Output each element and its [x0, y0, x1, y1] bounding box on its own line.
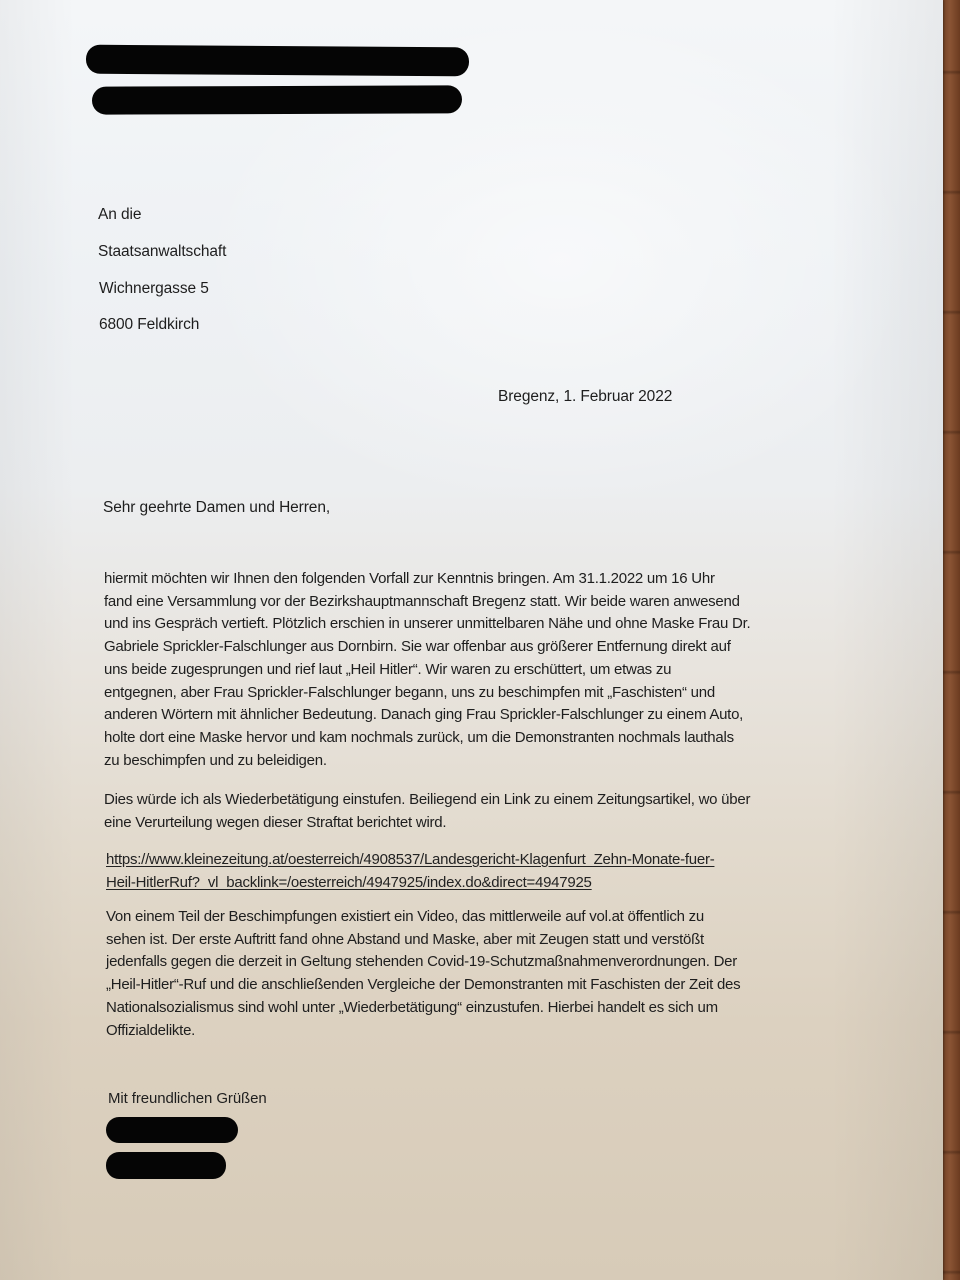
- wooden-table-background: [940, 0, 960, 1280]
- paragraph-line: entgegnen, aber Frau Sprickler-Falschlun…: [104, 682, 824, 705]
- paragraph-line: sehen ist. Der erste Auftritt fand ohne …: [106, 929, 826, 952]
- recipient-prefix: An die: [98, 206, 141, 224]
- paragraph-line: eine Verurteilung wegen dieser Straftat …: [104, 812, 824, 835]
- paragraph-line: jedenfalls gegen die derzeit in Geltung …: [106, 951, 826, 974]
- paragraph-line: Von einem Teil der Beschimpfungen existi…: [106, 906, 826, 929]
- paragraph-line: fand eine Versammlung vor der Bezirkshau…: [104, 591, 824, 614]
- recipient-street: Wichnergasse 5: [99, 280, 209, 298]
- paragraph-line: Nationalsozialismus sind wohl unter „Wie…: [106, 997, 826, 1020]
- article-link-line[interactable]: Heil-HitlerRuf?_vl_backlink=/oesterreich…: [106, 872, 826, 895]
- sender-redaction-1: [86, 45, 469, 77]
- article-link[interactable]: https://www.kleinezeitung.at/oesterreich…: [106, 849, 826, 894]
- recipient-name: Staatsanwaltschaft: [98, 243, 226, 261]
- paragraph-line: uns beide zugesprungen und rief laut „He…: [104, 659, 824, 682]
- paragraph-line: und ins Gespräch vertieft. Plötzlich ers…: [104, 613, 824, 636]
- paragraph-line: Offizialdelikte.: [106, 1020, 826, 1043]
- paragraph-line: Dies würde ich als Wiederbetätigung eins…: [104, 789, 824, 812]
- paragraph-incident: hiermit möchten wir Ihnen den folgenden …: [104, 568, 824, 772]
- letter-page: An die Staatsanwaltschaft Wichnergasse 5…: [0, 0, 943, 1280]
- paragraph-line: „Heil-Hitler“-Ruf und die anschließenden…: [106, 974, 826, 997]
- place-date: Bregenz, 1. Februar 2022: [498, 388, 672, 406]
- signature-redaction-2: [106, 1152, 226, 1179]
- salutation: Sehr geehrte Damen und Herren,: [103, 499, 330, 517]
- paragraph-video: Von einem Teil der Beschimpfungen existi…: [106, 906, 826, 1042]
- paragraph-line: anderen Wörtern mit ähnlicher Bedeutung.…: [104, 704, 824, 727]
- paragraph-line: hiermit möchten wir Ihnen den folgenden …: [104, 568, 824, 591]
- paragraph-line: holte dort eine Maske hervor und kam noc…: [104, 727, 824, 750]
- paragraph-line: zu beschimpfen und zu beleidigen.: [104, 750, 824, 773]
- article-link-line[interactable]: https://www.kleinezeitung.at/oesterreich…: [106, 849, 826, 872]
- sender-redaction-2: [92, 85, 462, 114]
- recipient-city: 6800 Feldkirch: [99, 316, 199, 334]
- closing: Mit freundlichen Grüßen: [108, 1090, 267, 1107]
- paragraph-line: Gabriele Sprickler-Falschlunger aus Dorn…: [104, 636, 824, 659]
- paragraph-assessment: Dies würde ich als Wiederbetätigung eins…: [104, 789, 824, 834]
- signature-redaction-1: [106, 1117, 238, 1143]
